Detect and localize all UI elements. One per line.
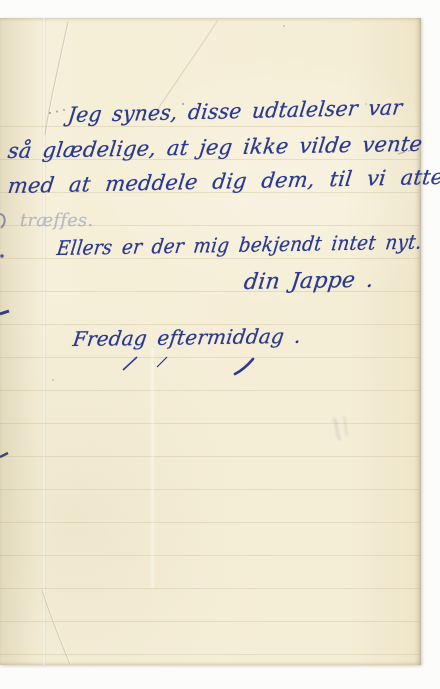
signature-line: din Jappe .	[242, 268, 375, 295]
handwriting-line-4: træffes.	[20, 210, 93, 231]
dateline: Fredag eftermiddag .	[71, 324, 302, 351]
scanned-letter-page: Jeg synes, disse udtalelser var så glæde…	[0, 0, 440, 689]
paper-sheen-crease	[150, 348, 155, 588]
